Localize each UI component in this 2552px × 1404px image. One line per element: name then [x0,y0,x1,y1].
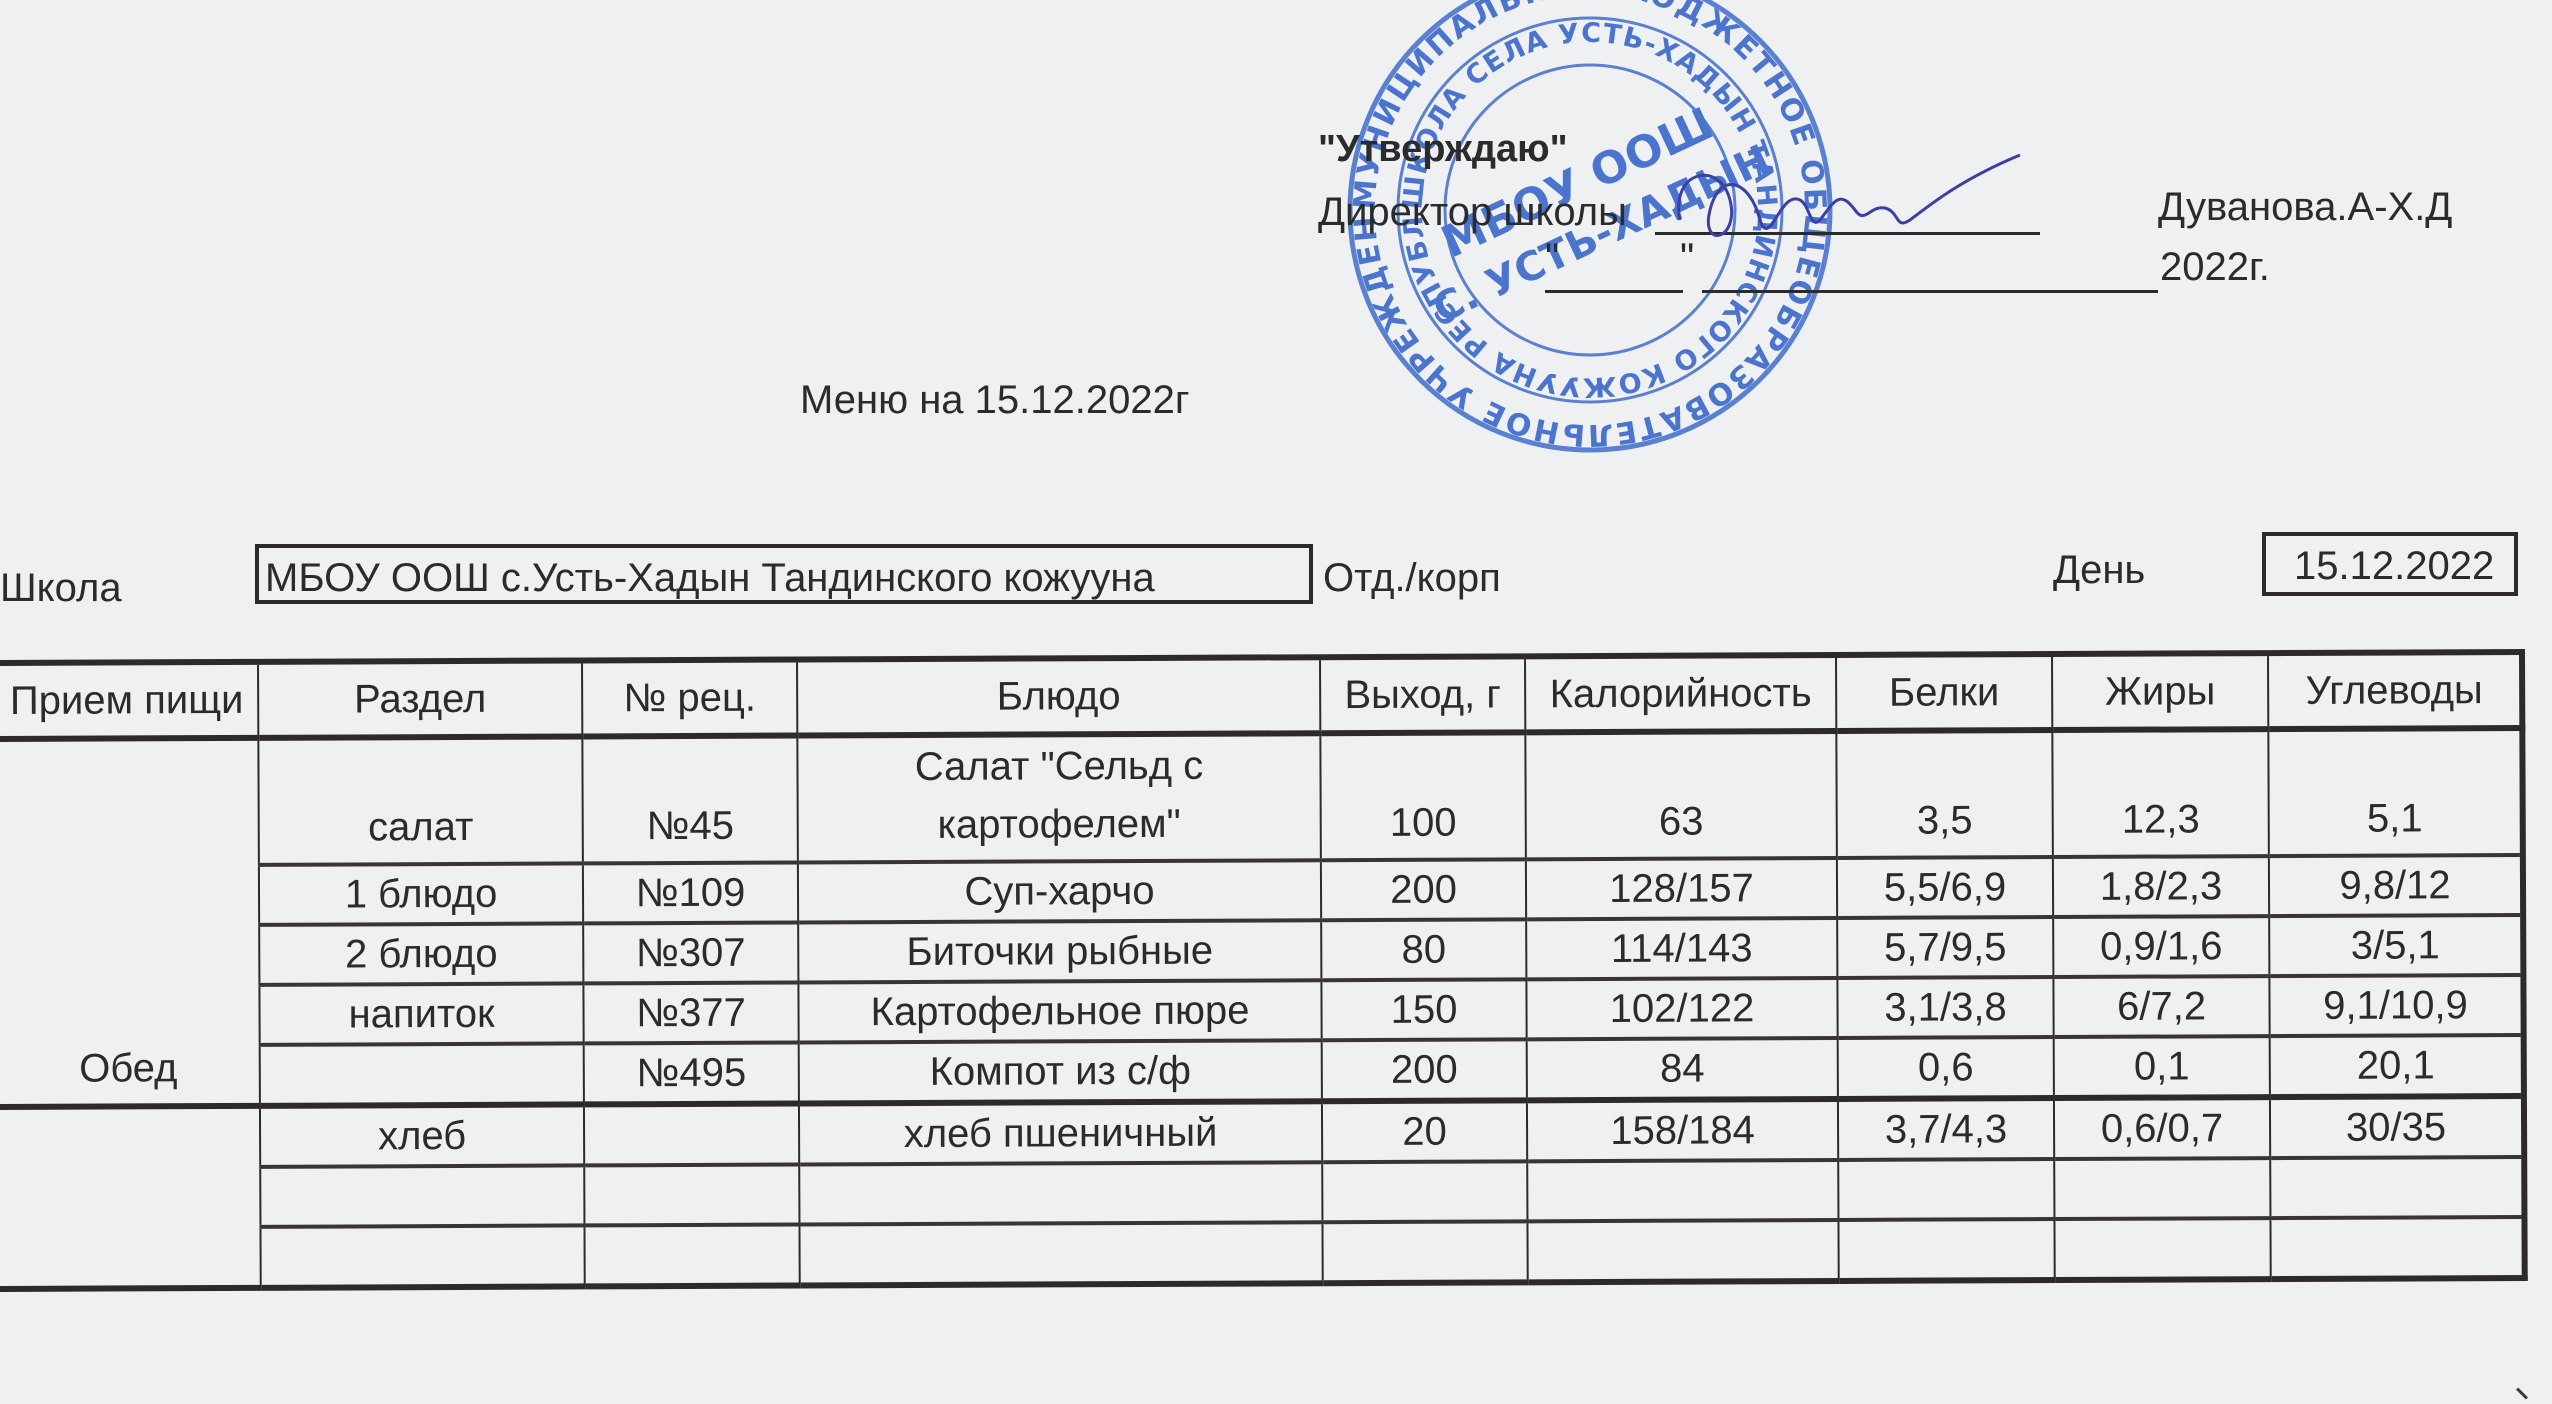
dish-cell: Салат "Сельд с картофелем" [797,733,1321,862]
calories-cell: 158/184 [1527,1099,1838,1161]
table-row [0,1157,2524,1228]
carbs-cell: 9,1/10,9 [2269,975,2523,1036]
carbs-cell [2270,1157,2524,1218]
recipe-cell [584,1104,799,1166]
calories-cell: 102/122 [1526,978,1837,1039]
protein-cell: 3,7/4,3 [1838,1098,2054,1160]
header-calories: Калорийность [1525,655,1836,732]
school-value: МБОУ ООШ с.Усть-Хадын Тандинского кожуун… [265,558,1155,598]
carbs-cell: 30/35 [2270,1096,2524,1158]
date-day-line [1545,290,1683,293]
meal-cell: Обед [0,738,260,1107]
day-value: 15.12.2022 [2294,546,2494,586]
recipe-cell [584,1165,799,1226]
section-cell [260,1165,584,1226]
yield-cell: 150 [1321,979,1526,1040]
approval-heading: "Утверждаю" [1318,128,1568,171]
section-cell: хлеб [260,1104,584,1166]
calories-cell [1527,1160,1838,1221]
section-cell [260,1043,584,1105]
calories-cell [1527,1220,1838,1282]
section-cell: напиток [259,983,583,1044]
fat-cell [2054,1158,2270,1219]
fat-cell: 6/7,2 [2053,976,2269,1037]
signature-icon [1660,150,2040,260]
header-meal: Прием пищи [0,662,258,739]
yield-cell: 200 [1321,859,1526,920]
dish-cell: Биточки рыбные [798,920,1321,982]
carbs-cell: 5,1 [2268,728,2523,856]
meal-cell-empty [0,1106,261,1289]
director-name: Дуванова.А-Х.Д [2158,185,2452,230]
header-dish: Блюдо [797,657,1320,735]
dish-cell [799,1162,1322,1224]
menu-table: Прием пищи Раздел № рец. Блюдо Выход, г … [0,649,2528,1292]
header-yield: Выход, г [1320,656,1525,733]
fat-cell [2054,1218,2270,1280]
scan-mark [2516,1387,2528,1399]
section-cell [260,1225,584,1287]
yield-cell [1322,1161,1527,1222]
recipe-cell: №109 [583,863,798,924]
calories-cell: 63 [1525,731,1837,859]
fat-cell: 0,1 [2054,1036,2270,1098]
yield-cell: 80 [1321,919,1526,980]
section-cell: 2 блюдо [259,923,583,984]
school-label: Школа [0,568,122,608]
yield-cell: 200 [1322,1039,1527,1101]
recipe-cell: №45 [582,736,798,864]
table-row: напиток №377 Картофельное пюре 150 102/1… [0,975,2524,1046]
day-label: День [2053,550,2145,590]
protein-cell: 0,6 [1838,1037,2054,1099]
menu-table-container: Прием пищи Раздел № рец. Блюдо Выход, г … [0,649,2525,1292]
protein-cell: 3,1/3,8 [1837,977,2053,1038]
header-fat: Жиры [2052,653,2268,730]
calories-cell: 128/157 [1526,858,1837,919]
carbs-cell [2270,1217,2524,1279]
fat-cell: 0,6/0,7 [2054,1097,2270,1159]
date-month-line [1702,290,2158,293]
table-row: хлеб хлеб пшеничный 20 158/184 3,7/4,3 0… [0,1096,2524,1168]
section-cell: 1 блюдо [259,863,583,924]
yield-cell: 20 [1322,1100,1527,1162]
header-protein: Белки [1836,654,2052,731]
header-carbs: Углеводы [2268,652,2522,729]
date-quote-close: " [1680,236,1694,281]
fat-cell: 0,9/1,6 [2053,916,2269,977]
section-cell: салат [258,736,583,864]
calories-cell: 84 [1527,1038,1838,1100]
recipe-cell: №377 [583,983,798,1044]
yield-cell: 100 [1320,732,1526,860]
menu-title: Меню на 15.12.2022г [800,378,1189,423]
protein-cell: 5,5/6,9 [1837,857,2053,918]
dish-cell: хлеб пшеничный [799,1101,1322,1164]
fat-cell: 12,3 [2052,729,2269,857]
protein-cell: 3,5 [1836,730,2053,858]
header-recipe: № рец. [582,660,797,737]
carbs-cell: 3/5,1 [2269,915,2523,976]
dish-cell [799,1222,1322,1285]
recipe-cell [584,1224,799,1286]
table-header-row: Прием пищи Раздел № рец. Блюдо Выход, г … [0,652,2522,739]
dish-cell: Суп-харчо [798,860,1321,922]
carbs-cell: 9,8/12 [2269,855,2523,916]
fat-cell: 1,8/2,3 [2053,856,2269,917]
dish-cell: Картофельное пюре [798,980,1321,1042]
header-section: Раздел [258,660,582,737]
recipe-cell: №307 [583,923,798,984]
dish-cell: Компот из с/ф [799,1040,1322,1103]
table-row [0,1217,2525,1289]
table-row: Обед салат №45 Салат "Сельд с картофелем… [0,728,2523,866]
yield-cell [1322,1221,1527,1283]
protein-cell [1838,1159,2054,1220]
carbs-cell: 20,1 [2270,1035,2524,1097]
department-label: Отд./корп [1323,558,1501,598]
protein-cell: 5,7/9,5 [1837,917,2053,978]
director-label: Директор школы [1318,190,1627,235]
recipe-cell: №495 [584,1043,799,1105]
table-row: №495 Компот из с/ф 200 84 0,6 0,1 20,1 [0,1035,2524,1107]
date-quote-open: " [1545,236,1559,281]
protein-cell [1838,1219,2054,1281]
table-row: 2 блюдо №307 Биточки рыбные 80 114/143 5… [0,915,2523,986]
table-row: 1 блюдо №109 Суп-харчо 200 128/157 5,5/6… [0,855,2523,926]
approval-year: 2022г. [2160,245,2270,290]
calories-cell: 114/143 [1526,918,1837,979]
